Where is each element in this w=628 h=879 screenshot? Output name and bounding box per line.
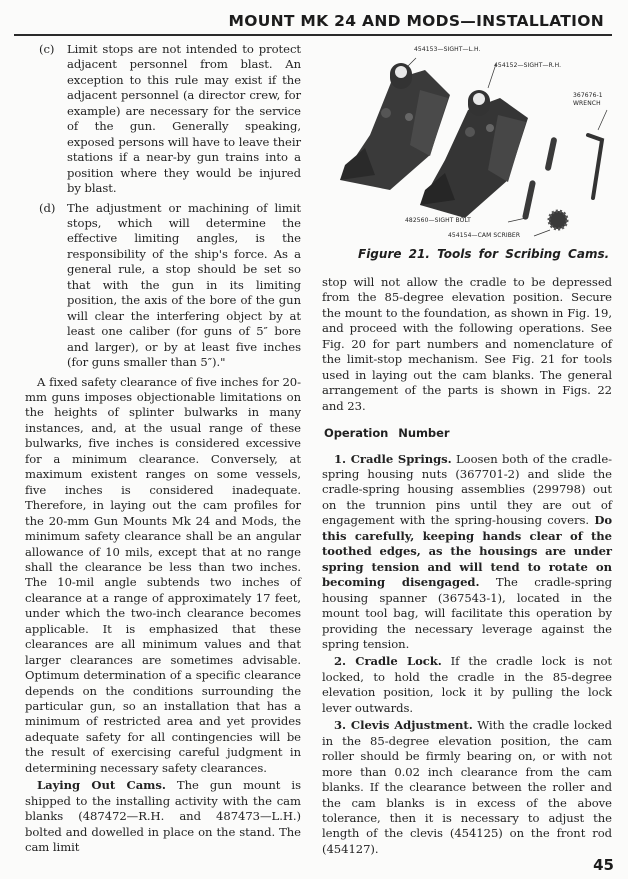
operation-1: 1. Cradle Springs. Loosen both of the cr… xyxy=(322,452,612,653)
item-text: The adjustment or machining of limit sto… xyxy=(67,201,301,371)
callout-wrench: WRENCH xyxy=(573,100,601,107)
operation-text: With the cradle locked in the 85-degree … xyxy=(322,718,612,856)
item-c: (c) Limit stops are not intended to prot… xyxy=(25,42,301,197)
paragraph-continuation: stop will not allow the cradle to be dep… xyxy=(322,275,612,414)
sight-lh-illustration xyxy=(340,63,450,190)
operation-heading: 3. Clevis Adjustment. xyxy=(334,718,473,732)
operation-2: 2. Cradle Lock. If the cradle lock is no… xyxy=(322,654,612,716)
left-column: (c) Limit stops are not intended to prot… xyxy=(25,42,301,858)
pin-illustration xyxy=(545,137,558,172)
cam-scriber-illustration xyxy=(549,211,567,229)
callout-wrench-number: 367676-1 xyxy=(573,92,603,99)
operation-3: 3. Clevis Adjustment. With the cradle lo… xyxy=(322,718,612,857)
operation-heading: 1. Cradle Springs. xyxy=(334,452,452,466)
figure-21: 454153—SIGHT—L.H. 454152—SIGHT—R.H. 3676… xyxy=(330,40,615,265)
right-column: stop will not allow the cradle to be dep… xyxy=(322,275,612,859)
page-number: 45 xyxy=(593,856,614,874)
paragraph-laying-out-cams: Laying Out Cams. The gun mount is shippe… xyxy=(25,778,301,855)
item-text: Limit stops are not intended to protect … xyxy=(67,42,301,197)
header-title: MOUNT MK 24 AND MODS—INSTALLATION xyxy=(229,12,605,30)
operation-heading: 2. Cradle Lock. xyxy=(334,654,442,668)
callout-cam-scriber: 454154—CAM SCRIBER xyxy=(448,232,520,239)
page-header: MOUNT MK 24 AND MODS—INSTALLATION xyxy=(14,8,612,36)
callout-sight-bolt: 482560—SIGHT BOLT xyxy=(405,217,471,224)
tools-illustration xyxy=(330,40,615,245)
wrench-illustration xyxy=(588,135,602,198)
operation-number-heading: Operation Number xyxy=(324,426,612,441)
figure-caption: Figure 21. Tools for Scribing Cams. xyxy=(358,247,609,261)
callout-sight-rh: 454152—SIGHT—R.H. xyxy=(494,62,561,69)
callout-sight-lh: 454153—SIGHT—L.H. xyxy=(414,46,481,53)
section-heading: Laying Out Cams. xyxy=(37,778,166,792)
paragraph-clearance: A fixed safety clearance of five inches … xyxy=(25,375,301,777)
sight-bolt-illustration xyxy=(522,180,536,220)
item-label: (c) xyxy=(25,42,67,197)
item-label: (d) xyxy=(25,201,67,371)
item-d: (d) The adjustment or machining of limit… xyxy=(25,201,301,371)
